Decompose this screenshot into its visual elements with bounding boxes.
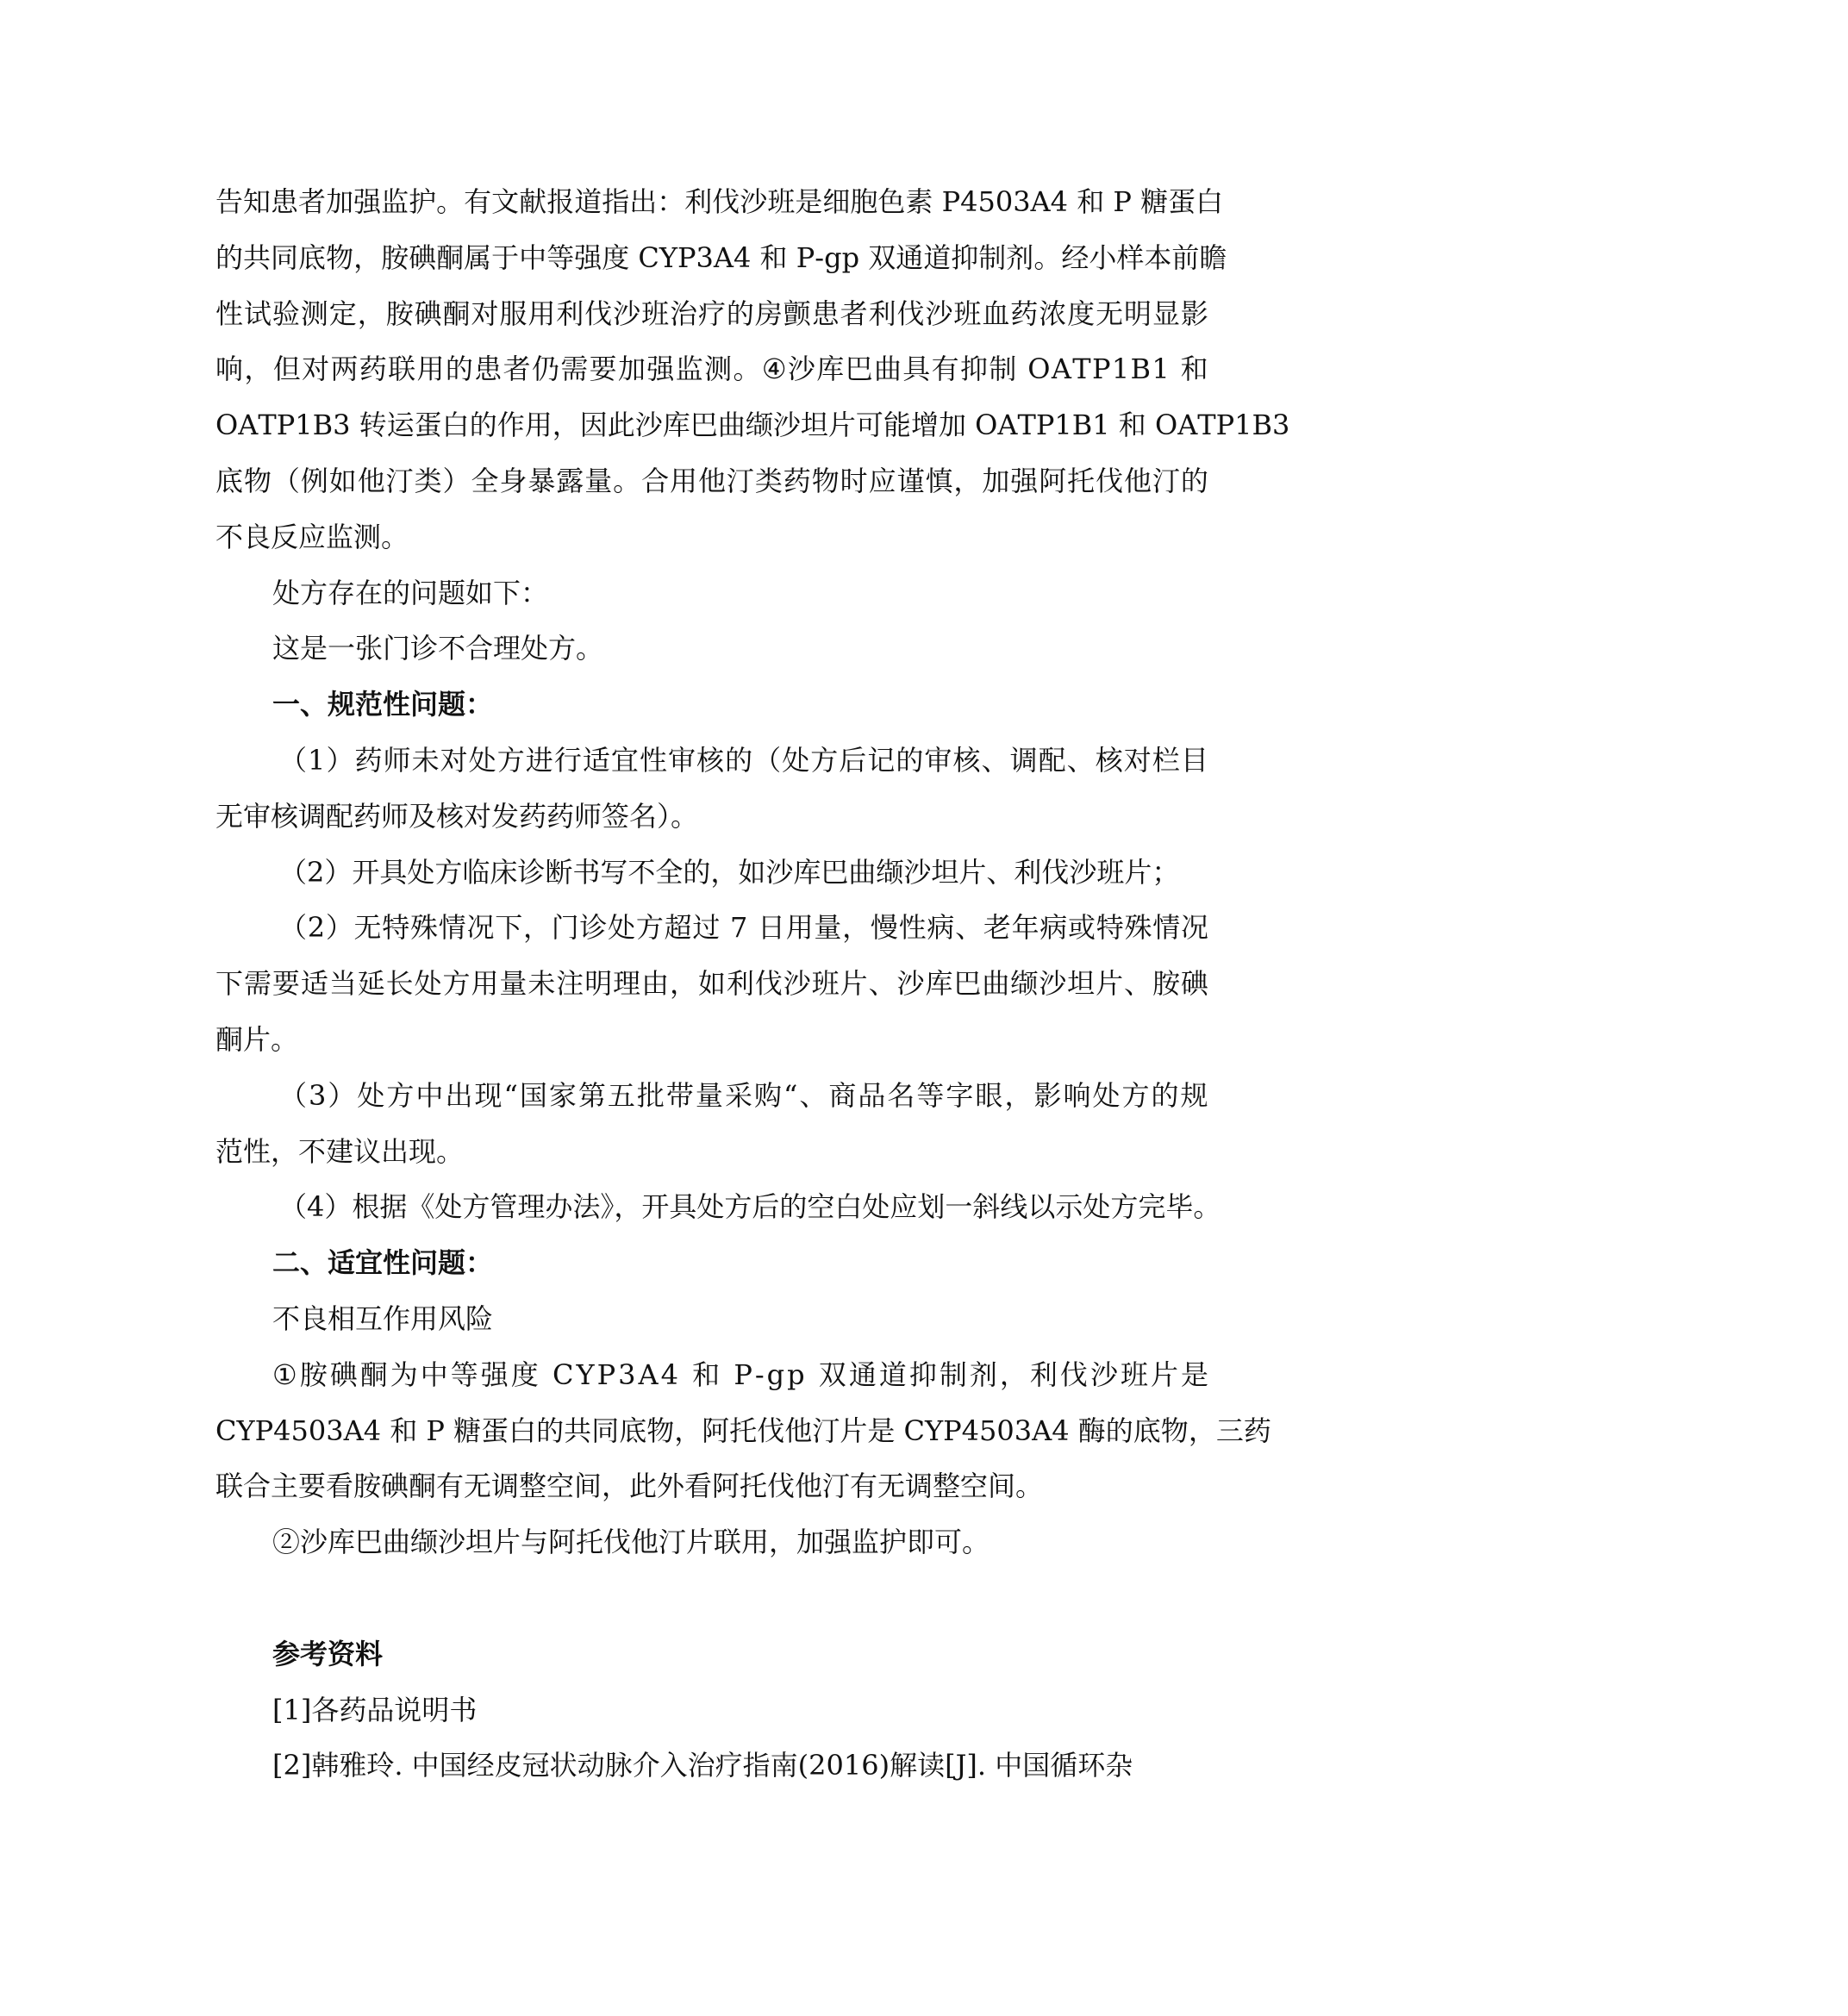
- spacer: [215, 1570, 1208, 1626]
- text-line: 告知患者加强监护。有文献报道指出：利伐沙班是细胞色素 P4503A4 和 P 糖…: [215, 174, 1208, 230]
- reference-item: [1]各药品说明书: [215, 1682, 1208, 1738]
- text-line: 酮片。: [215, 1012, 1208, 1068]
- section2-heading: 二、适宜性问题：: [215, 1235, 1208, 1291]
- text-line: （1）药师未对处方进行适宜性审核的（处方后记的审核、调配、核对栏目: [215, 733, 1208, 789]
- text-line: （2）无特殊情况下，门诊处方超过 7 日用量，慢性病、老年病或特殊情况: [215, 900, 1208, 956]
- reference-item: [2]韩雅玲. 中国经皮冠状动脉介入治疗指南(2016)解读[J]. 中国循环杂: [215, 1738, 1208, 1794]
- section1-item-1: （1）药师未对处方进行适宜性审核的（处方后记的审核、调配、核对栏目 无审核调配药…: [215, 733, 1208, 845]
- text-line: 性试验测定，胺碘酮对服用利伐沙班治疗的房颤患者利伐沙班血药浓度无明显影: [215, 286, 1208, 342]
- text-line: 的共同底物，胺碘酮属于中等强度 CYP3A4 和 P-gp 双通道抑制剂。经小样…: [215, 230, 1208, 286]
- problems-intro: 处方存在的问题如下：: [215, 565, 1208, 621]
- section2-item-1: ①胺碘酮为中等强度 CYP3A4 和 P-gp 双通道抑制剂，利伐沙班片是 CY…: [215, 1347, 1208, 1514]
- text-line: CYP4503A4 和 P 糖蛋白的共同底物，阿托伐他汀片是 CYP4503A4…: [215, 1403, 1208, 1459]
- references-heading: 参考资料: [215, 1626, 1208, 1682]
- text-line: 无审核调配药师及核对发药药师签名）。: [215, 789, 1208, 845]
- section1-item-2: （2）开具处方临床诊断书写不全的，如沙库巴曲缬沙坦片、利伐沙班片；: [215, 845, 1208, 901]
- document-page: 告知患者加强监护。有文献报道指出：利伐沙班是细胞色素 P4503A4 和 P 糖…: [215, 174, 1208, 1794]
- section2-item-2: ②沙库巴曲缬沙坦片与阿托伐他汀片联用，加强监护即可。: [215, 1514, 1208, 1570]
- text-line: 联合主要看胺碘酮有无调整空间，此外看阿托伐他汀有无调整空间。: [215, 1458, 1208, 1514]
- text-line: （2）开具处方临床诊断书写不全的，如沙库巴曲缬沙坦片、利伐沙班片；: [215, 845, 1208, 901]
- text-line: 响，但对两药联用的患者仍需要加强监测。④沙库巴曲具有抑制 OATP1B1 和: [215, 341, 1208, 397]
- text-line: 不良反应监测。: [215, 509, 1208, 565]
- continuation-paragraph: 告知患者加强监护。有文献报道指出：利伐沙班是细胞色素 P4503A4 和 P 糖…: [215, 174, 1208, 565]
- section1-item-5: （4）根据《处方管理办法》，开具处方后的空白处应划一斜线以示处方完毕。: [215, 1179, 1208, 1235]
- section1-item-4: （3）处方中出现“国家第五批带量采购“、商品名等字眼，影响处方的规 范性，不建议…: [215, 1068, 1208, 1180]
- text-line: （3）处方中出现“国家第五批带量采购“、商品名等字眼，影响处方的规: [215, 1068, 1208, 1124]
- verdict: 这是一张门诊不合理处方。: [215, 621, 1208, 677]
- text-line: 下需要适当延长处方用量未注明理由，如利伐沙班片、沙库巴曲缬沙坦片、胺碘: [215, 956, 1208, 1012]
- text-line: OATP1B3 转运蛋白的作用，因此沙库巴曲缬沙坦片可能增加 OATP1B1 和…: [215, 397, 1208, 453]
- section1-item-3: （2）无特殊情况下，门诊处方超过 7 日用量，慢性病、老年病或特殊情况 下需要适…: [215, 900, 1208, 1067]
- text-line: ①胺碘酮为中等强度 CYP3A4 和 P-gp 双通道抑制剂，利伐沙班片是: [215, 1347, 1208, 1403]
- section2-subheading: 不良相互作用风险: [215, 1291, 1208, 1347]
- text-line: 底物（例如他汀类）全身暴露量。合用他汀类药物时应谨慎，加强阿托伐他汀的: [215, 453, 1208, 509]
- section1-heading: 一、规范性问题：: [215, 677, 1208, 733]
- text-line: ②沙库巴曲缬沙坦片与阿托伐他汀片联用，加强监护即可。: [215, 1514, 1208, 1570]
- text-line: 范性，不建议出现。: [215, 1124, 1208, 1180]
- text-line: （4）根据《处方管理办法》，开具处方后的空白处应划一斜线以示处方完毕。: [215, 1179, 1208, 1235]
